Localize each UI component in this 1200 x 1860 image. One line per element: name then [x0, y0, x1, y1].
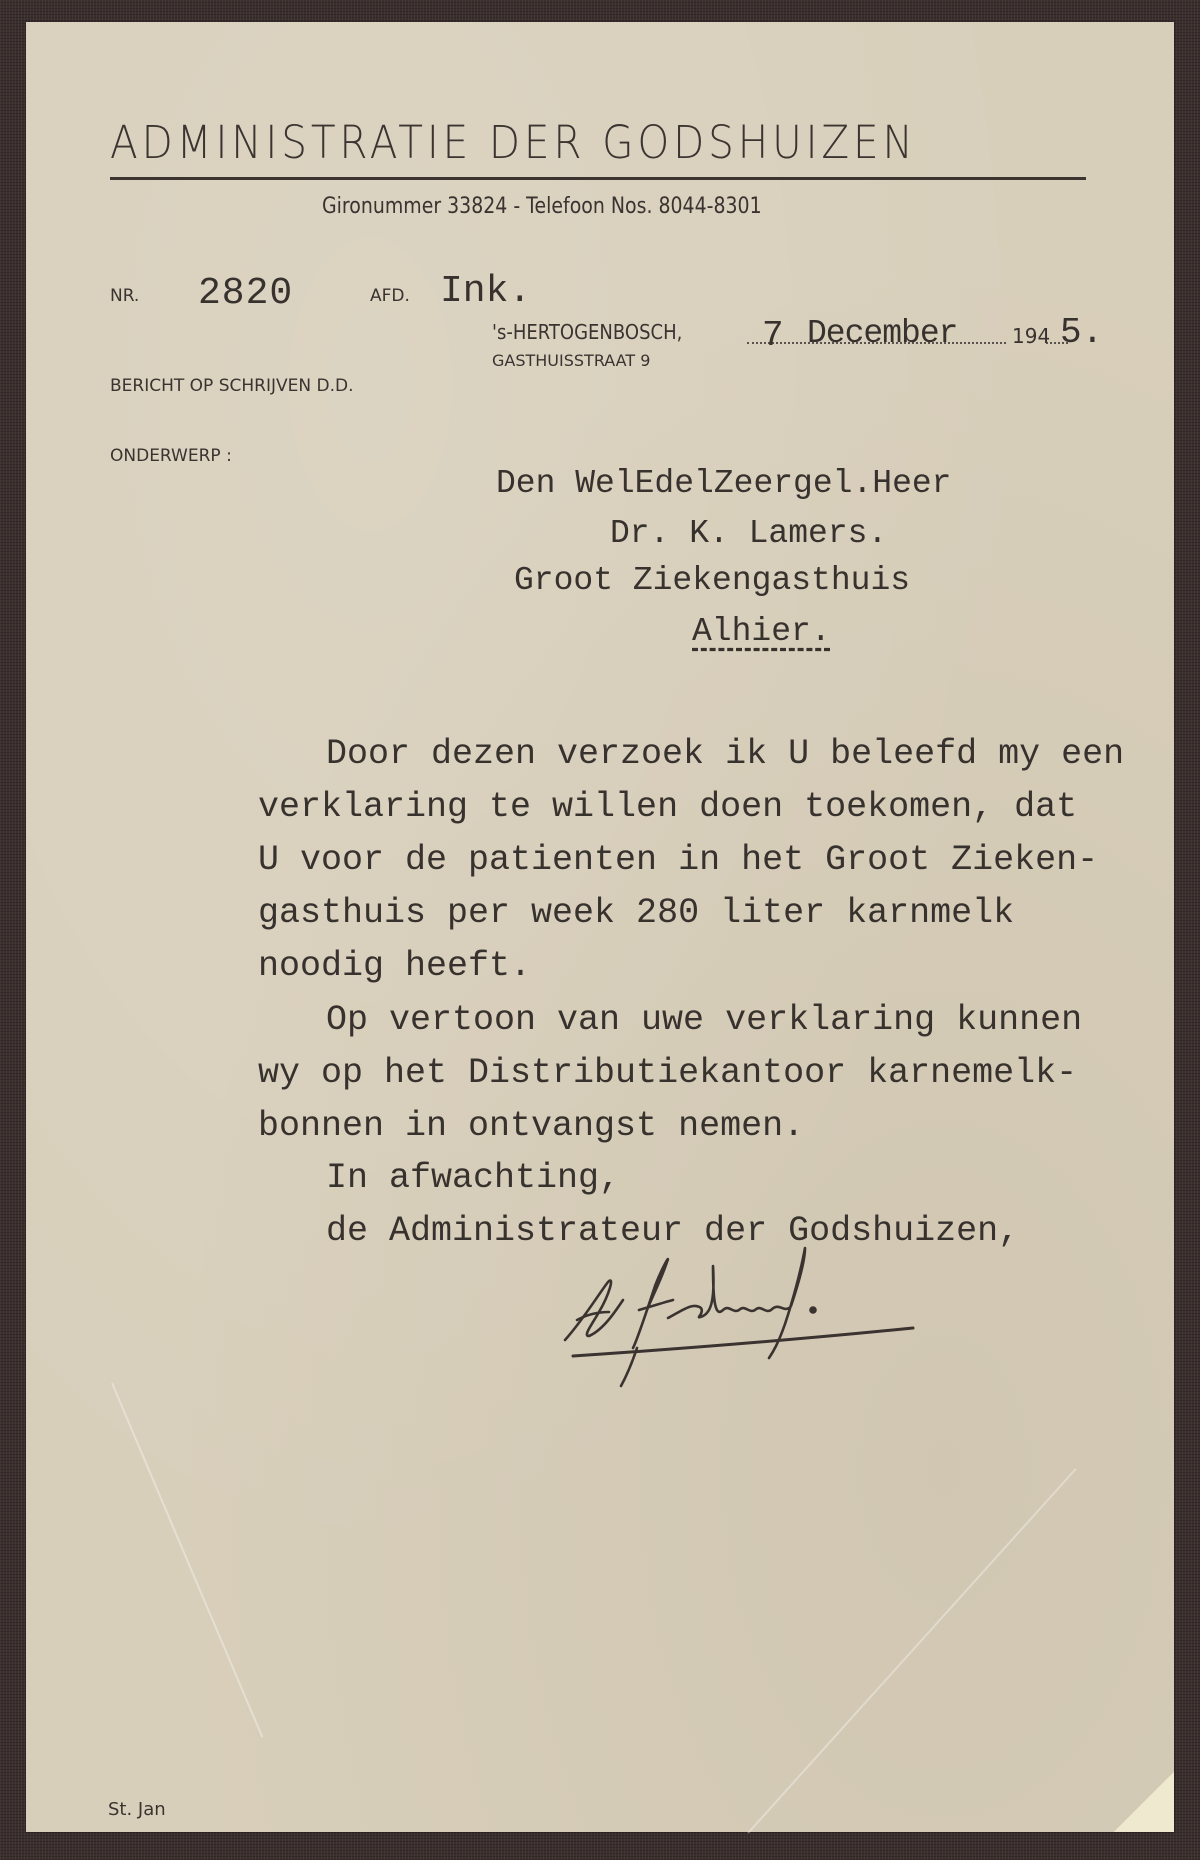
afd-label: AFD.	[370, 286, 410, 306]
onderwerp-label: ONDERWERP :	[110, 446, 232, 466]
body-line: verklaring te willen doen toekomen, dat	[258, 787, 1077, 827]
afd-value: Ink.	[440, 270, 531, 313]
body-line: noodig heeft.	[258, 946, 531, 986]
fold-crease-left	[111, 1383, 263, 1738]
body-line: wy op het Distributiekantoor karnemelk-	[258, 1053, 1077, 1093]
contact-line: Gironummer 33824 - Telefoon Nos. 8044-83…	[322, 194, 762, 219]
printer-mark: St. Jan	[108, 1799, 166, 1820]
date-month: December	[807, 315, 957, 352]
street-address: GASTHUISSTRAAT 9	[492, 351, 650, 370]
date-year-suffix: 5.	[1060, 312, 1103, 353]
letter-paper: ADMINISTRATIE DER GODSHUIZEN Gironummer …	[26, 22, 1174, 1832]
letterhead-rule	[110, 177, 1086, 180]
addressee-location: Alhier.	[692, 613, 831, 650]
nr-value: 2820	[198, 272, 293, 315]
body-line: Door dezen verzoek ik U beleefd my een	[326, 734, 1124, 774]
addressee-name: Dr. K. Lamers.	[610, 515, 887, 552]
body-line: gasthuis per week 280 liter karnmelk	[258, 893, 1014, 933]
body-line: Op vertoon van uwe verklaring kunnen	[326, 1000, 1082, 1040]
date-day: 7	[762, 315, 784, 356]
addressee-institution: Groot Ziekengasthuis	[514, 562, 910, 599]
body-line: In afwachting,	[326, 1158, 620, 1198]
letterhead-title: ADMINISTRATIE DER GODSHUIZEN	[110, 116, 917, 169]
folded-corner	[1114, 1772, 1174, 1832]
city-label: 's-HERTOGENBOSCH,	[492, 320, 682, 344]
body-line: U voor de patienten in het Groot Zieken-	[258, 840, 1098, 880]
signature	[543, 1240, 923, 1400]
body-line: bonnen in ontvangst nemen.	[258, 1106, 804, 1146]
addressee-salutation: Den WelEdelZeergel.Heer	[496, 465, 951, 502]
fold-crease-right	[747, 1468, 1076, 1833]
bericht-label: BERICHT OP SCHRIJVEN D.D.	[110, 376, 353, 396]
date-year-prefix: 194	[1012, 324, 1050, 348]
nr-label: NR.	[110, 286, 139, 306]
